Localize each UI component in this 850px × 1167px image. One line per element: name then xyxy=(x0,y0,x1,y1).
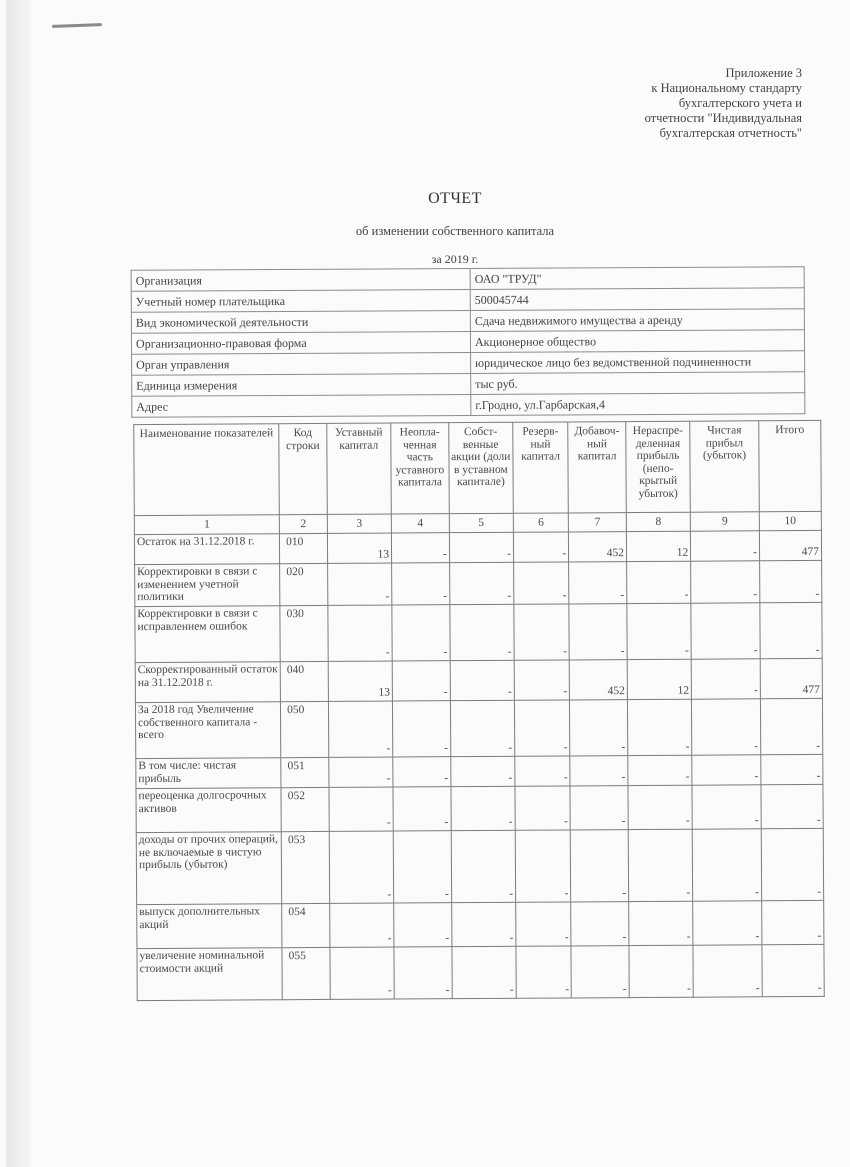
column-number: 1 xyxy=(134,515,279,535)
row-value: - xyxy=(627,561,692,603)
row-value: - xyxy=(327,563,392,605)
info-label: Вид экономической деятельности xyxy=(131,310,470,333)
row-value: - xyxy=(329,757,393,787)
column-number: 2 xyxy=(279,514,327,533)
row-value: - xyxy=(571,830,629,902)
row-value: - xyxy=(450,700,515,756)
info-row: Адрес г.Гродно, ул.Гарбарская,4 xyxy=(132,393,805,418)
row-value: - xyxy=(693,901,762,945)
row-value: - xyxy=(514,700,570,756)
row-value: - xyxy=(450,756,514,786)
row-value: - xyxy=(393,757,451,787)
row-value: - xyxy=(569,562,627,604)
row-value: - xyxy=(515,756,571,786)
report-subtitle: об изменении собственного капитала xyxy=(0,224,850,239)
row-value: 477 xyxy=(760,658,822,698)
row-code: 054 xyxy=(282,903,330,947)
column-header: Код строки xyxy=(279,423,327,514)
row-value: - xyxy=(451,902,516,946)
row-code: 051 xyxy=(281,757,329,787)
row-value: - xyxy=(329,903,394,947)
row-value: - xyxy=(329,831,394,903)
row-value: 452 xyxy=(569,532,627,562)
row-name: переоценка долгосрочных активов xyxy=(136,788,281,833)
row-value: 12 xyxy=(626,531,690,561)
row-name: выпуск дополнительных акций xyxy=(137,904,282,949)
table-row: Скорректированный остаток на 31.12.2018 … xyxy=(135,658,822,702)
scan-mark xyxy=(52,23,102,28)
info-value: Акционерное общество xyxy=(470,330,804,353)
row-value: - xyxy=(761,828,824,900)
row-value: 13 xyxy=(328,661,393,701)
row-value: - xyxy=(759,560,821,602)
row-code: 050 xyxy=(281,701,329,757)
row-value: - xyxy=(629,901,694,945)
column-header: Наименование показателей xyxy=(134,424,280,516)
row-value: - xyxy=(692,785,761,829)
row-value: - xyxy=(691,531,760,561)
row-value: - xyxy=(449,562,514,604)
table-row: Корректировки в связи с изменением учетн… xyxy=(135,560,822,606)
row-value: - xyxy=(328,605,393,661)
row-value: - xyxy=(627,603,692,659)
row-value: - xyxy=(692,755,761,785)
appendix-line: к Национальному стандарту xyxy=(645,81,802,96)
row-value: - xyxy=(571,946,629,998)
row-value: - xyxy=(329,787,394,831)
row-value: - xyxy=(516,902,572,946)
column-number: 4 xyxy=(391,514,449,533)
row-value: - xyxy=(761,754,823,784)
table-row: переоценка долгосрочных активов 052-----… xyxy=(136,784,823,832)
row-value: - xyxy=(628,755,692,785)
row-value: 13 xyxy=(327,533,391,563)
row-value: - xyxy=(570,756,628,786)
row-code: 052 xyxy=(281,787,329,831)
row-value: - xyxy=(691,561,760,603)
row-value: - xyxy=(569,604,627,660)
table-row: Остаток на 31.12.2018 г. 01013---45212-4… xyxy=(134,530,821,564)
row-value: - xyxy=(515,786,571,830)
appendix-line: бухгалтерского учета и xyxy=(645,96,802,111)
row-value: - xyxy=(515,830,571,902)
row-value: 452 xyxy=(570,660,628,700)
row-code: 010 xyxy=(280,533,328,563)
row-name: Остаток на 31.12.2018 г. xyxy=(134,534,279,565)
row-code: 030 xyxy=(280,605,328,661)
row-value: - xyxy=(451,786,516,830)
row-value: - xyxy=(514,660,570,700)
info-value: г.Гродно, ул.Гарбарская,4 xyxy=(471,393,805,416)
row-value: 477 xyxy=(759,530,821,560)
row-value: - xyxy=(692,699,761,755)
column-header: Уставный капитал xyxy=(327,423,392,514)
organization-info-table: Организация ОАО "ТРУД"Учетный номер плат… xyxy=(131,266,806,418)
row-value: - xyxy=(450,604,515,660)
scan-edge xyxy=(6,0,30,1167)
row-value: - xyxy=(570,700,628,756)
info-value: ОАО "ТРУД" xyxy=(470,267,804,290)
column-number: 7 xyxy=(569,513,627,532)
info-value: 500045744 xyxy=(470,288,804,311)
row-value: - xyxy=(393,701,451,757)
row-name: увеличение номинальной стоимости акций xyxy=(137,948,282,1001)
row-value: - xyxy=(691,603,760,659)
row-value: - xyxy=(328,701,393,757)
row-value: - xyxy=(330,947,395,999)
equity-changes-table: Наименование показателейКод строкиУставн… xyxy=(133,420,825,1001)
row-value: - xyxy=(392,661,450,701)
info-label: Адрес xyxy=(132,394,471,417)
info-label: Организация xyxy=(131,268,470,291)
row-code: 055 xyxy=(282,947,330,999)
row-name: За 2018 год Увеличение собственного капи… xyxy=(135,702,280,759)
table-row: Корректировки в связи с исправлением оши… xyxy=(135,602,822,662)
report-period: за 2019 г. xyxy=(0,252,850,267)
row-value: - xyxy=(513,532,569,562)
info-value: Сдача недвижимого имущества а аренду xyxy=(470,309,804,332)
column-number: 6 xyxy=(513,513,569,532)
column-header: Нераспре-деленная прибыль (непо-крытый у… xyxy=(626,421,691,512)
info-label: Единица измерения xyxy=(132,373,471,396)
row-value: - xyxy=(393,831,451,903)
row-value: - xyxy=(391,533,449,563)
report-title: ОТЧЕТ xyxy=(0,190,850,208)
row-value: - xyxy=(451,830,516,902)
row-code: 020 xyxy=(280,563,328,605)
row-value: - xyxy=(628,785,693,829)
row-value: - xyxy=(693,945,762,997)
column-header: Чистая прибыл (убыток) xyxy=(690,421,759,512)
row-value: - xyxy=(394,947,452,999)
row-value: - xyxy=(692,829,761,901)
row-value: - xyxy=(450,660,515,700)
row-value: - xyxy=(691,659,760,699)
appendix-line: отчетности "Индивидуальная xyxy=(645,111,802,126)
row-value: 12 xyxy=(627,659,692,699)
column-number: 9 xyxy=(690,512,759,531)
row-value: - xyxy=(761,784,823,828)
row-value: - xyxy=(762,944,824,996)
row-name: доходы от прочих операций, не включаемые… xyxy=(136,832,282,905)
column-number: 8 xyxy=(626,512,690,531)
table-row: В том числе: чистая прибыль 051-------- xyxy=(136,754,823,788)
column-header: Итого xyxy=(759,420,822,511)
appendix-line: бухгалтерская отчетность" xyxy=(645,126,802,141)
table-row: За 2018 год Увеличение собственного капи… xyxy=(135,698,822,758)
row-value: - xyxy=(760,602,822,658)
row-name: В том числе: чистая прибыль xyxy=(136,758,281,789)
row-value: - xyxy=(571,902,629,946)
row-value: - xyxy=(629,945,694,997)
column-number: 10 xyxy=(759,511,821,530)
appendix-line: Приложение 3 xyxy=(645,66,802,81)
row-value: - xyxy=(760,698,822,754)
table-row: выпуск дополнительных акций 054-------- xyxy=(137,900,824,948)
column-header: Неопла-ченная часть уставного капитала xyxy=(391,423,449,514)
info-value: тыс руб. xyxy=(471,372,805,395)
row-value: - xyxy=(392,563,450,605)
row-value: - xyxy=(393,787,451,831)
row-name: Скорректированный остаток на 31.12.2018 … xyxy=(135,662,280,703)
row-value: - xyxy=(627,699,692,755)
table-header-row: Наименование показателейКод строкиУставн… xyxy=(134,420,822,515)
info-label: Орган управления xyxy=(132,352,471,375)
row-name: Корректировки в связи с исправлением оши… xyxy=(135,606,280,663)
info-label: Учетный номер плательщика xyxy=(131,289,470,312)
row-code: 040 xyxy=(280,661,328,701)
row-code: 053 xyxy=(281,831,329,903)
row-value: - xyxy=(516,946,572,998)
row-value: - xyxy=(628,829,693,901)
row-value: - xyxy=(570,786,628,830)
info-label: Организационно-правовая форма xyxy=(131,331,470,354)
column-header: Добавоч-ный капитал xyxy=(568,422,626,513)
row-value: - xyxy=(449,532,513,562)
row-value: - xyxy=(394,903,452,947)
row-value: - xyxy=(452,946,517,998)
row-name: Корректировки в связи с изменением учетн… xyxy=(135,564,280,607)
appendix-note: Приложение 3 к Национальному стандарту б… xyxy=(645,66,802,141)
row-value: - xyxy=(392,605,450,661)
row-value: - xyxy=(514,604,570,660)
column-header: Резерв-ный капитал xyxy=(513,422,569,513)
row-value: - xyxy=(514,562,570,604)
table-row: доходы от прочих операций, не включаемые… xyxy=(136,828,823,904)
row-value: - xyxy=(762,900,824,944)
column-header: Собст-венные акции (доли в уставном капи… xyxy=(448,422,513,513)
column-number: 5 xyxy=(449,513,513,532)
info-value: юридическое лицо без ведомственной подчи… xyxy=(471,351,805,374)
table-row: увеличение номинальной стоимости акций 0… xyxy=(137,944,824,1000)
column-number: 3 xyxy=(327,514,391,533)
